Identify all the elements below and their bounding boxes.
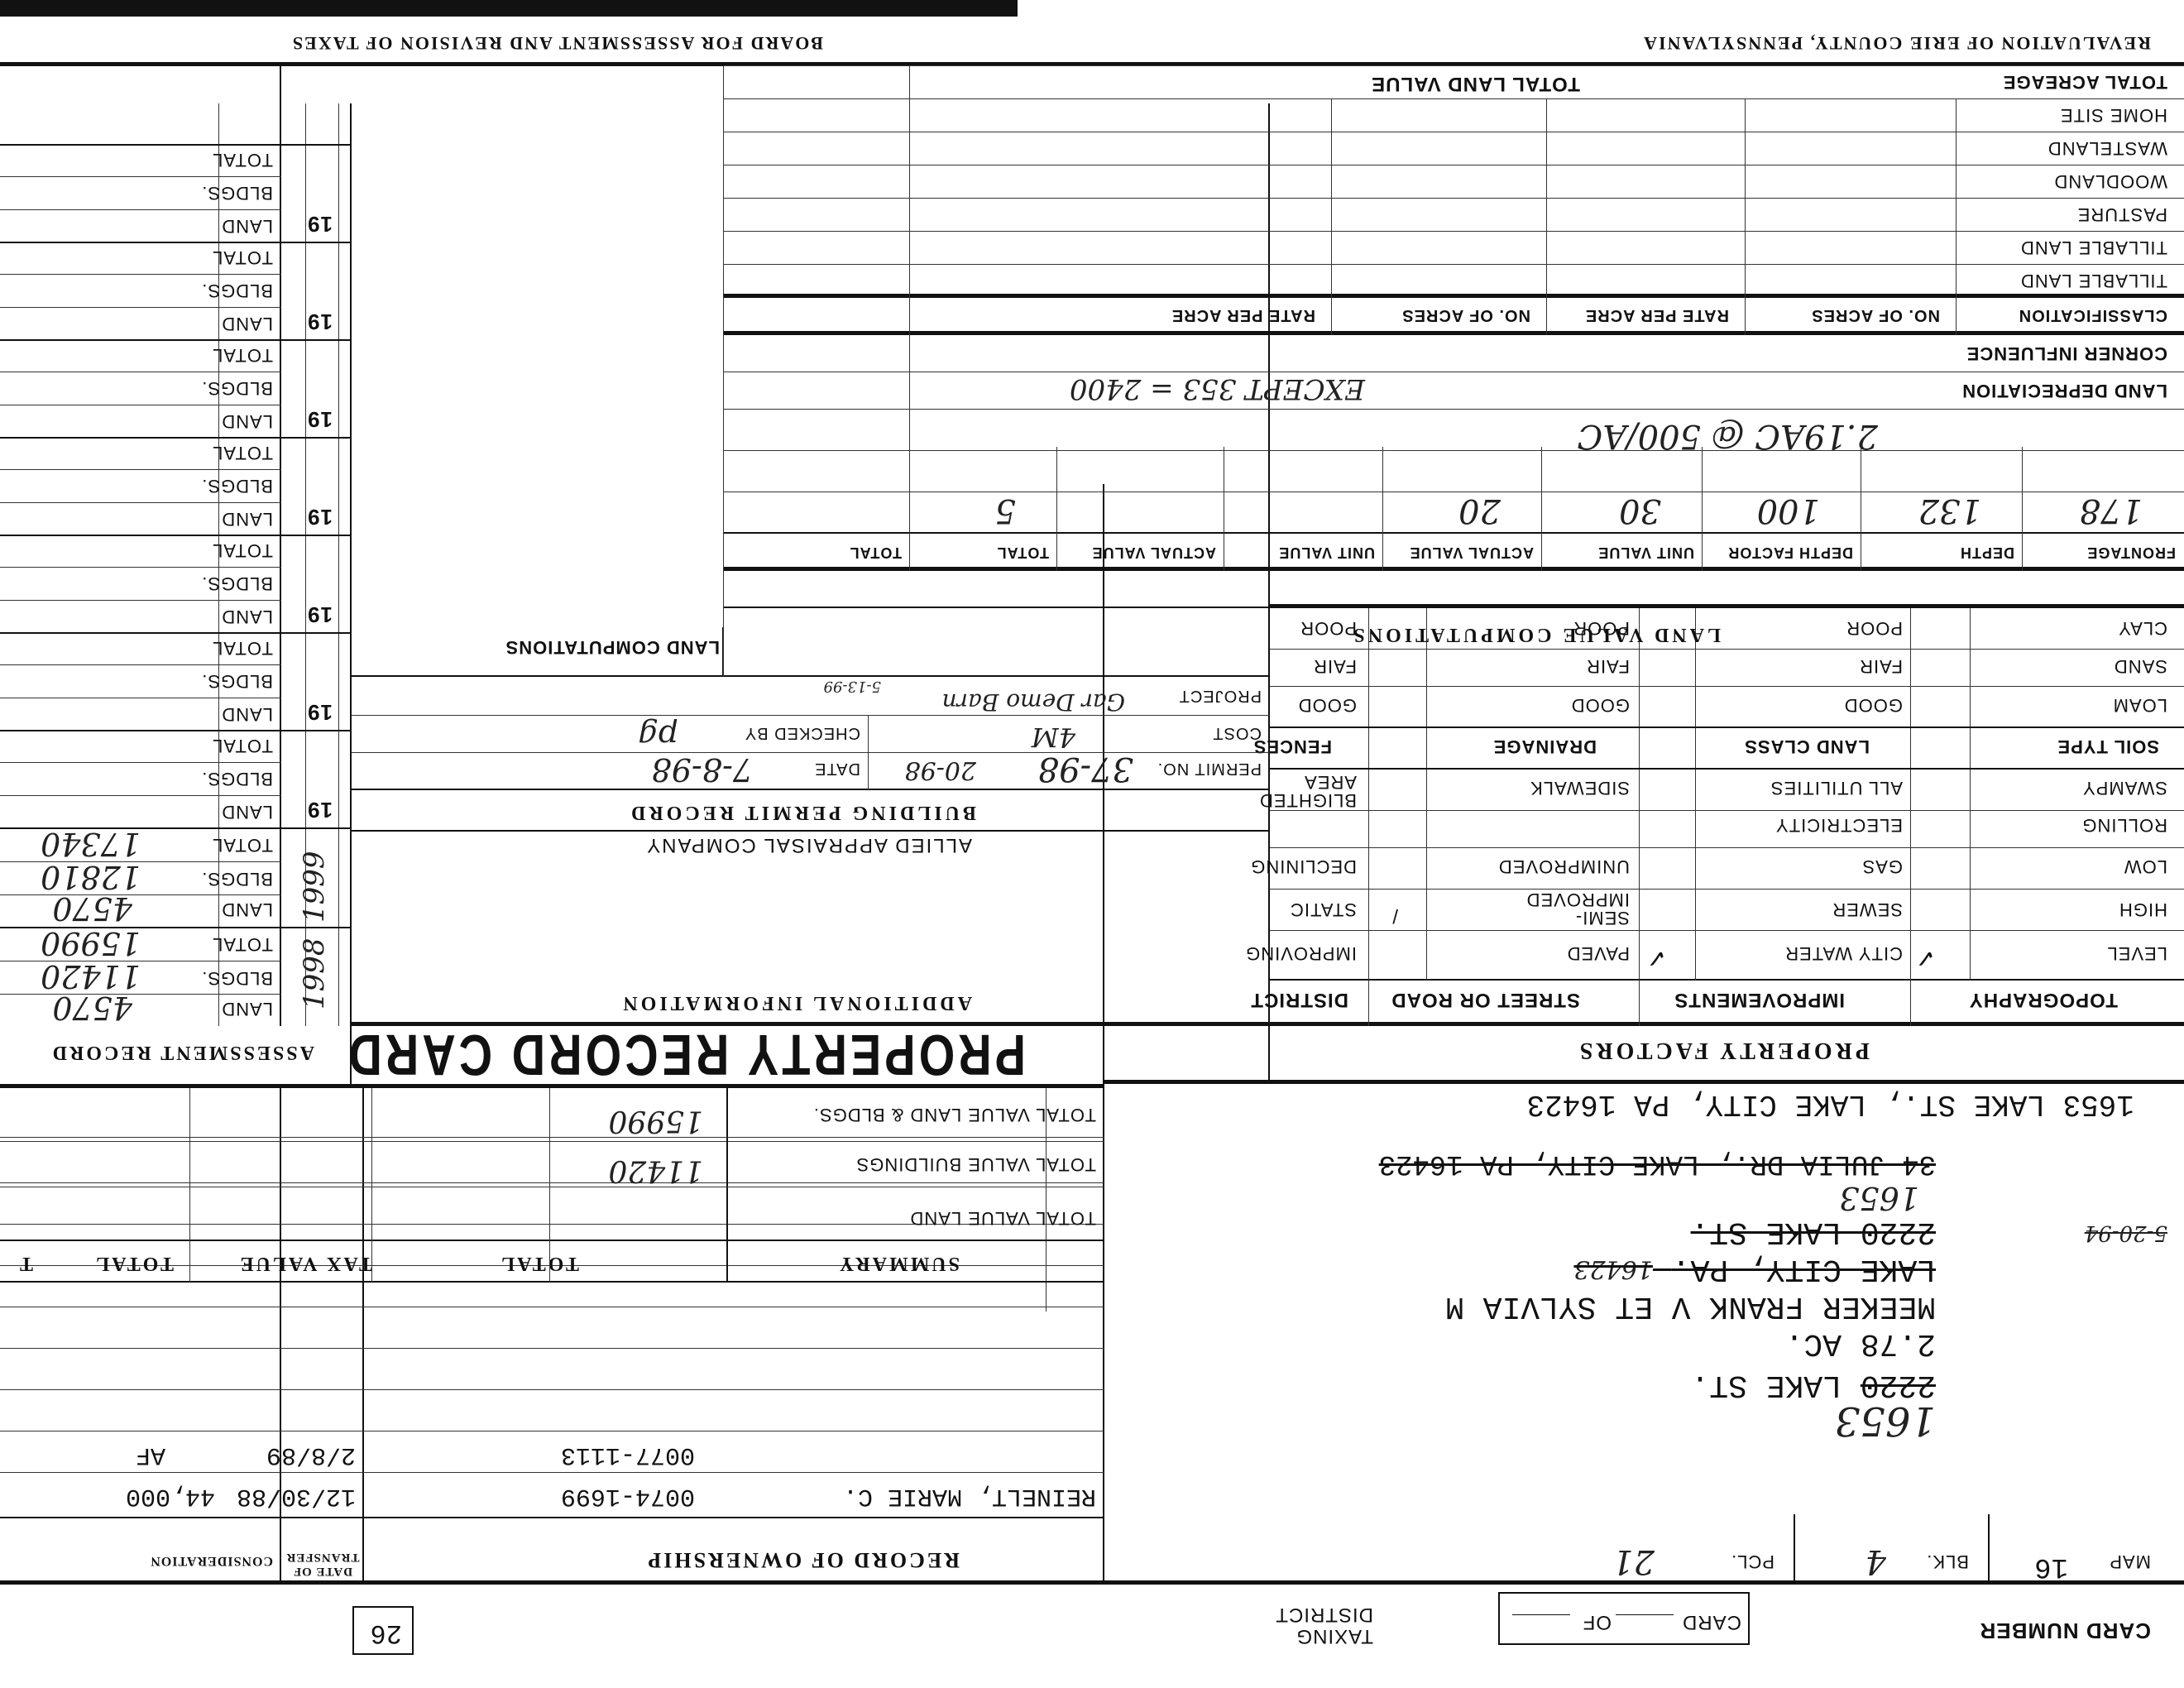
assessment-total-label: TOTAL: [212, 247, 273, 268]
summary-title: SUMMARY: [837, 1252, 960, 1274]
classification-row-label: TOTAL ACREAGE: [2003, 71, 2167, 93]
pf-header-street: STREET OR ROAD: [1391, 988, 1580, 1011]
pf-fences-poor: POOR: [1300, 617, 1357, 639]
map-value: 16: [2034, 1551, 2068, 1582]
total-land-value-label: TOTAL LAND VALUE: [1371, 72, 1580, 95]
pf-city-water: CITY WATER: [1784, 942, 1903, 964]
transfer-date-header: DATE OF TRANSFER: [285, 1550, 360, 1578]
property-record-card-title: PROPERTY RECORD CARD: [345, 1022, 1026, 1089]
summary-row-land-bldgs: TOTAL VALUE LAND & BLDGS.: [813, 1104, 1096, 1125]
assessment-bldgs-label: BLDGS.: [201, 967, 273, 989]
consideration: AF: [136, 1441, 165, 1469]
pf-blighted-area: BLIGHTED AREA: [1274, 773, 1357, 809]
summary-tax-value-header: TAX VALUE: [238, 1252, 372, 1274]
assessment-bldgs-label: BLDGS.: [201, 475, 273, 496]
summary-tax-value-header-2: T: [17, 1252, 33, 1274]
permit-date-hand: 20-98: [905, 755, 976, 784]
pcl-value: 21: [1612, 1542, 1655, 1580]
assessment-bldgs-label: BLDGS.: [201, 280, 273, 301]
assessment-land-value: 4570: [52, 990, 132, 1026]
land-value-cell: 132: [1918, 492, 1981, 530]
current-address: 1653 LAKE ST., LAKE CITY, PA 16423: [1526, 1087, 2134, 1121]
classification-row-label: WOODLAND: [2053, 170, 2167, 192]
board-title: BOARD FOR ASSESSMENT AND REVISION OF TAX…: [291, 32, 823, 54]
assessment-land-label: LAND: [221, 703, 273, 725]
allied-appraisal-company: ALLIED APPRAISAL COMPANY: [645, 833, 972, 856]
land-value-cell: 20: [1458, 492, 1501, 530]
assessment-total-value: 17340: [41, 826, 141, 862]
deed-book: 0074-1699: [561, 1482, 695, 1510]
assessment-total-label: TOTAL: [212, 933, 273, 955]
summary-total-header-2: TOTAL: [93, 1252, 174, 1274]
cost-label: COST: [1212, 723, 1262, 742]
assessment-land-label: LAND: [221, 899, 273, 920]
assessment-total-label: TOTAL: [212, 344, 273, 366]
property-factors-title: PROPERTY FACTORS: [1577, 1037, 1870, 1063]
permit-no-value: 37-98: [1038, 750, 1133, 788]
property-record-card: CARD NUMBER CARD OF TAXING DISTRICT 26 M…: [0, 0, 2184, 1688]
assessment-land-label: LAND: [221, 998, 273, 1019]
pf-unimproved: UNIMPROVED: [1498, 856, 1630, 877]
land-value-cell: 30: [1619, 492, 1661, 530]
classification-header: NO. OF ACRES: [1811, 305, 1940, 324]
pf-drainage-good: GOOD: [1571, 694, 1630, 716]
pf-header-fences: FENCES: [1253, 736, 1332, 757]
summary-buildings-total: 11420: [608, 1153, 703, 1187]
project-date: 5-13-99: [824, 678, 881, 695]
assessment-bldgs-label: BLDGS.: [201, 182, 273, 204]
assessment-year-stamp: 1999: [298, 851, 331, 923]
pf-header-improvements: IMPROVEMENTS: [1674, 988, 1845, 1011]
additional-information-title: ADDITIONAL INFORMATION: [620, 991, 972, 1014]
pf-all-utilities: ALL UTILITIES: [1770, 777, 1903, 798]
pf-paved: PAVED: [1567, 942, 1630, 964]
pf-level: LEVEL: [2107, 942, 2168, 964]
pf-header-land-class: LAND CLASS: [1744, 736, 1870, 757]
land-value-note-1: 2.19AC @ 500/AC: [1578, 417, 1878, 455]
land-value-header: TOTAL: [850, 544, 902, 561]
classification-header: RATE PER ACRE: [1585, 305, 1729, 324]
assessment-year-prefix: 19: [307, 504, 333, 530]
assessment-total-label: TOTAL: [212, 834, 273, 856]
pf-sand: SAND: [2114, 655, 2167, 677]
check-city-water-icon[interactable]: ✓: [1915, 943, 1936, 972]
checked-by-value: pg: [638, 718, 678, 755]
assessment-total-label: TOTAL: [212, 539, 273, 561]
pf-low: LOW: [2124, 856, 2167, 877]
assessment-total-value: 15990: [41, 925, 141, 961]
checked-by-label: CHECKED BY: [745, 723, 860, 742]
assessment-year-prefix: 19: [307, 211, 333, 237]
date-value: 7-8-98: [652, 751, 753, 788]
summary-total-header: TOTAL: [499, 1252, 579, 1274]
assessment-total-label: TOTAL: [212, 149, 273, 170]
project-value: Gar Demo Barn: [942, 688, 1125, 716]
land-value-header: DEPTH FACTOR: [1727, 544, 1853, 561]
pf-header-district: DISTRICT: [1250, 988, 1348, 1011]
pf-loam: LOAM: [2113, 694, 2167, 716]
assessment-year-prefix: 19: [307, 699, 333, 725]
pf-declining: DECLINING: [1250, 856, 1357, 877]
old-street-line: 2220 LAKE ST.: [1691, 1214, 1936, 1249]
project-label: PROJECT: [1179, 686, 1262, 705]
record-of-ownership-title: RECORD OF OWNERSHIP: [645, 1547, 960, 1572]
assessment-bldgs-label: BLDGS.: [201, 868, 273, 890]
transfer-date: 12/30/88: [237, 1482, 356, 1510]
pf-electricity: ELECTRICITY: [1775, 814, 1903, 836]
pf-clay: CLAY: [2118, 617, 2167, 639]
assessment-year-prefix: 19: [307, 309, 333, 334]
classification-row-label: TILLABLE LAND: [2020, 270, 2167, 291]
assessment-record-title: ASSESSMENT RECORD: [50, 1041, 314, 1063]
taxing-district-label: TAXING DISTRICT: [1249, 1604, 1373, 1647]
map-label: MAP: [2109, 1551, 2151, 1572]
summary-row-buildings: TOTAL VALUE BUILDINGS: [856, 1153, 1096, 1175]
assessment-bldgs-label: BLDGS.: [201, 377, 273, 399]
pf-header-soil-type: SOIL TYPE: [2057, 736, 2159, 757]
assessment-bldgs-label: BLDGS.: [201, 768, 273, 789]
pf-sidewalk: SIDEWALK: [1530, 777, 1630, 798]
pf-high: HIGH: [2119, 899, 2167, 920]
consideration: 44,000: [126, 1482, 215, 1510]
acreage: 2.78 AC.: [1785, 1326, 1936, 1361]
assessment-land-value: 4570: [52, 890, 132, 927]
assessment-land-label: LAND: [221, 606, 273, 627]
land-value-header: ACTUAL VALUE: [1410, 544, 1534, 561]
pf-land-class-poor: POOR: [1846, 617, 1903, 639]
street-line: 2220 LAKE ST.: [1691, 1367, 1936, 1403]
summary-row-land: TOTAL VALUE LAND: [910, 1207, 1096, 1229]
assessment-year-prefix: 19: [307, 406, 333, 432]
struck-street-number: 2220: [1861, 1367, 1936, 1403]
land-value-header: FRONTAGE: [2086, 544, 2176, 561]
pf-fences-good: GOOD: [1298, 694, 1357, 716]
land-value-header: UNIT VALUE: [1278, 544, 1375, 561]
pf-sewer: SEWER: [1832, 899, 1903, 920]
classification-header: RATE PER ACRE: [1171, 305, 1315, 324]
assessment-year-prefix: 19: [307, 797, 333, 822]
assessment-land-label: LAND: [221, 215, 273, 237]
card-of-box: CARD OF: [1498, 1592, 1750, 1645]
pf-static: STATIC: [1290, 899, 1357, 920]
corner-influence-label: CORNER INFLUENCE: [1966, 343, 2167, 364]
old-street-note: 5-20-94: [2085, 1220, 2167, 1245]
deed-book: 0077-1113: [561, 1441, 695, 1469]
land-value-header: TOTAL: [997, 544, 1049, 561]
consideration-header: CONSIDERATION: [150, 1553, 273, 1568]
pf-header-topography: TOPOGRAPHY: [1969, 988, 2118, 1011]
permit-no-label: PERMIT NO.: [1157, 759, 1262, 778]
summary-land-bldgs-total: 15990: [608, 1104, 703, 1138]
building-permit-record-title: BUILDING PERMIT RECORD: [628, 801, 976, 823]
land-computations-title: LAND COMPUTATIONS: [505, 636, 720, 658]
land-value-computations-title: LAND VALUE COMPUTATIONS: [1350, 623, 1721, 645]
pf-header-drainage: DRAINAGE: [1493, 736, 1597, 757]
assessment-year-prefix: 19: [307, 602, 333, 627]
classification-header: CLASSIFICATION: [2019, 305, 2167, 324]
box-number: 26: [352, 1606, 414, 1655]
pf-semi-improved: SEMI-IMPROVED: [1547, 890, 1630, 927]
assessment-land-label: LAND: [221, 410, 273, 432]
classification-row-label: WASTELAND: [2047, 137, 2167, 159]
assessment-total-label: TOTAL: [212, 637, 273, 659]
assessment-bldgs-label: BLDGS.: [201, 670, 273, 692]
pcl-label: PCL.: [1731, 1551, 1774, 1572]
pf-swampy: SWAMPY: [2082, 777, 2167, 798]
pf-rolling: ROLLING: [2081, 814, 2167, 836]
pf-gas: GAS: [1862, 856, 1903, 877]
classification-row-label: TILLABLE LAND: [2020, 237, 2167, 258]
land-value-note-2: EXCEPT 353 = 2400: [1070, 372, 1365, 405]
card-label: CARD: [1682, 1610, 1741, 1633]
owner-name-line: MEEKER FRANK V ET SYLVIA M: [1445, 1288, 1936, 1324]
blk-value: 4: [1865, 1542, 1886, 1580]
pf-land-class-good: GOOD: [1844, 694, 1903, 716]
assessment-bldgs-label: BLDGS.: [201, 573, 273, 594]
classification-header: NO. OF ACRES: [1401, 305, 1530, 324]
classification-row-label: HOME SITE: [2060, 104, 2167, 126]
check-static-icon[interactable]: /: [1392, 904, 1398, 927]
of-label: OF: [1583, 1610, 1612, 1633]
pf-fences-fair: FAIR: [1313, 655, 1357, 677]
revaluation-title: REVALUATION OF ERIE COUNTY, PENNSYLVANIA: [1642, 32, 2151, 54]
assessment-bldgs-value: 11420: [41, 958, 141, 995]
pf-improving: IMPROVING: [1245, 942, 1357, 964]
land-value-cell: 100: [1757, 492, 1820, 530]
assessment-land-label: LAND: [221, 508, 273, 530]
assessment-land-label: LAND: [221, 313, 273, 334]
card-number-label: CARD NUMBER: [2060, 1619, 2151, 1642]
land-value-header: DEPTH: [1960, 544, 2014, 561]
land-depreciation-label: LAND DEPRECIATION: [1961, 380, 2167, 401]
assessment-year-stamp: 1998: [298, 938, 331, 1009]
blk-label: BLK.: [1926, 1551, 1969, 1572]
old-city-line: LAKE CITY, PA. 16423: [1573, 1251, 1936, 1287]
assessment-land-label: LAND: [221, 801, 273, 822]
hand-house-number-2: 1653: [1839, 1180, 1919, 1216]
land-value-cell: 5: [995, 492, 1016, 530]
land-value-header: ACTUAL VALUE: [1092, 544, 1216, 561]
check-paved-icon[interactable]: ✓: [1646, 943, 1667, 972]
assessment-total-label: TOTAL: [212, 735, 273, 756]
old-address: 34 JULIA DR., LAKE CITY, PA 16423: [1379, 1148, 1936, 1179]
transfer-date: 2/8/89: [266, 1441, 356, 1469]
assessment-bldgs-value: 12810: [41, 859, 141, 895]
hand-house-number: 1653: [1835, 1398, 1936, 1444]
date-label: DATE: [814, 759, 860, 778]
pf-drainage-fair: FAIR: [1586, 655, 1630, 677]
assessment-total-label: TOTAL: [212, 442, 273, 463]
owner-name: REINELT, MARIE C.: [843, 1482, 1096, 1510]
classification-row-label: PASTURE: [2077, 204, 2167, 225]
cost-value: 4M: [1032, 722, 1075, 753]
land-value-cell: 178: [2080, 492, 2143, 530]
pf-land-class-fair: FAIR: [1859, 655, 1903, 677]
land-value-header: UNIT VALUE: [1597, 544, 1694, 561]
top-edge-bar: [0, 0, 1018, 17]
